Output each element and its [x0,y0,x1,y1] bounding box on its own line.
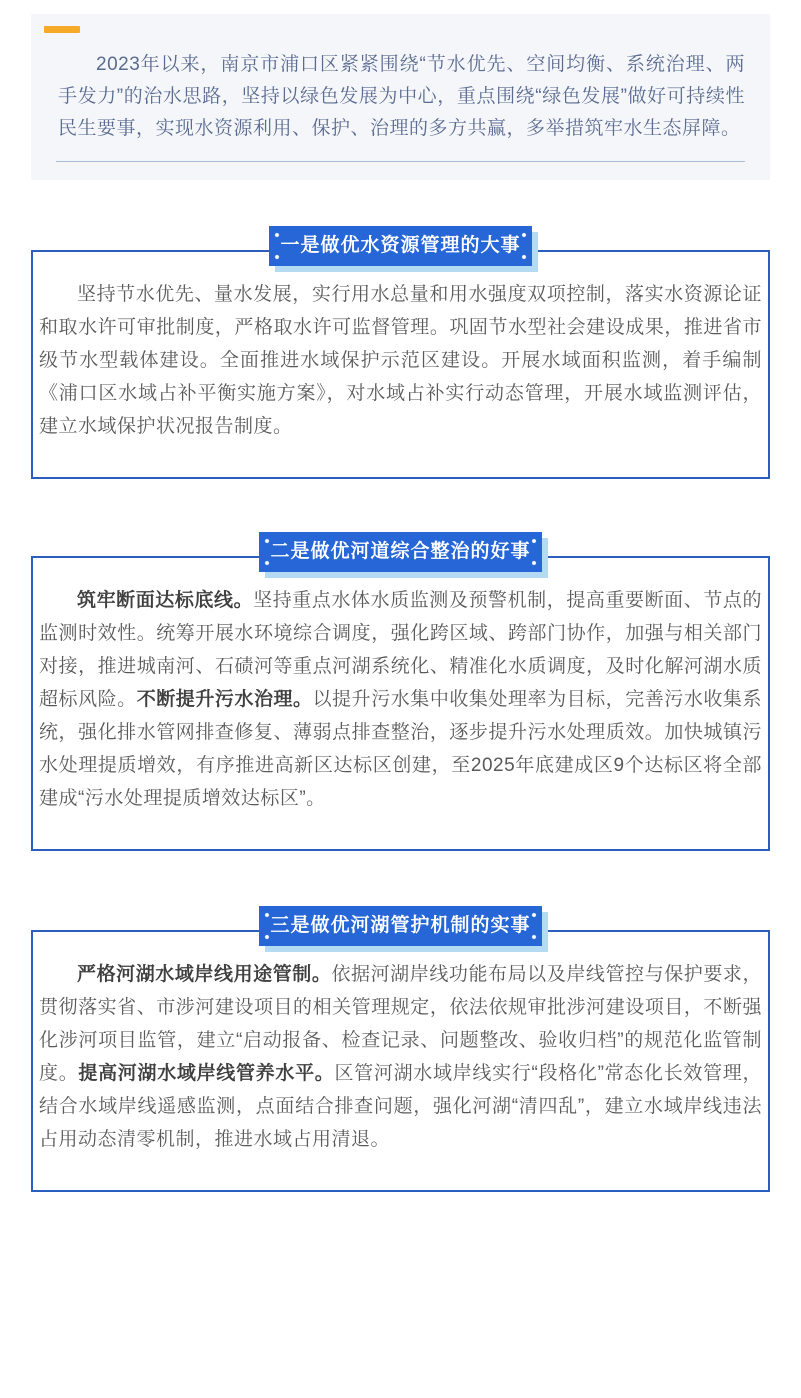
orange-dash-decoration [44,26,80,33]
section-1-title-badge: 一是做优水资源管理的大事 [269,226,531,266]
section-3-title: 三是做优河湖管护机制的实事 [270,915,530,936]
section-1-paragraph: 坚持节水优先、量水发展，实行用水总量和用水强度双项控制，落实水资源论证和取水许可… [39,278,762,443]
section-2-title: 二是做优河道综合整治的好事 [270,541,530,562]
section-1-badge-row: 一是做优水资源管理的大事 [31,226,770,266]
body-text: 坚持节水优先、量水发展，实行用水总量和用水强度双项控制，落实水资源论证和取水许可… [39,284,762,437]
section-river-lake-stewardship: 三是做优河湖管护机制的实事 严格河湖水域岸线用途管制。依据河湖岸线功能布局以及岸… [31,906,770,1192]
section-2-badge-row: 二是做优河道综合整治的好事 [31,532,770,572]
section-3-content-box: 严格河湖水域岸线用途管制。依据河湖岸线功能布局以及岸线管控与保护要求，贯彻落实省… [31,930,770,1192]
section-river-remediation: 二是做优河道综合整治的好事 筑牢断面达标底线。坚持重点水体水质监测及预警机制，提… [31,532,770,851]
intro-card: 2023年以来，南京市浦口区紧紧围绕“节水优先、空间均衡、系统治理、两手发力”的… [31,14,770,180]
section-2-paragraph: 筑牢断面达标底线。坚持重点水体水质监测及预警机制，提高重要断面、节点的监测时效性… [39,584,762,815]
emphasis-text: 提高河湖水域岸线管养水平。 [78,1063,334,1084]
section-1-title: 一是做优水资源管理的大事 [280,235,520,256]
article-page: 2023年以来，南京市浦口区紧紧围绕“节水优先、空间均衡、系统治理、两手发力”的… [0,0,801,1398]
section-2-title-badge: 二是做优河道综合整治的好事 [259,532,541,572]
emphasis-text: 严格河湖水域岸线用途管制。 [77,964,331,985]
section-3-paragraph: 严格河湖水域岸线用途管制。依据河湖岸线功能布局以及岸线管控与保护要求，贯彻落实省… [39,958,762,1156]
emphasis-text: 不断提升污水治理。 [137,689,313,710]
section-water-resource-management: 一是做优水资源管理的大事 坚持节水优先、量水发展，实行用水总量和用水强度双项控制… [31,226,770,479]
section-1-content-box: 坚持节水优先、量水发展，实行用水总量和用水强度双项控制，落实水资源论证和取水许可… [31,250,770,479]
emphasis-text: 筑牢断面达标底线。 [77,590,253,611]
section-3-title-badge: 三是做优河湖管护机制的实事 [259,906,541,946]
intro-divider [56,161,745,162]
section-3-badge-row: 三是做优河湖管护机制的实事 [31,906,770,946]
intro-paragraph: 2023年以来，南京市浦口区紧紧围绕“节水优先、空间均衡、系统治理、两手发力”的… [58,49,745,145]
section-2-content-box: 筑牢断面达标底线。坚持重点水体水质监测及预警机制，提高重要断面、节点的监测时效性… [31,556,770,851]
